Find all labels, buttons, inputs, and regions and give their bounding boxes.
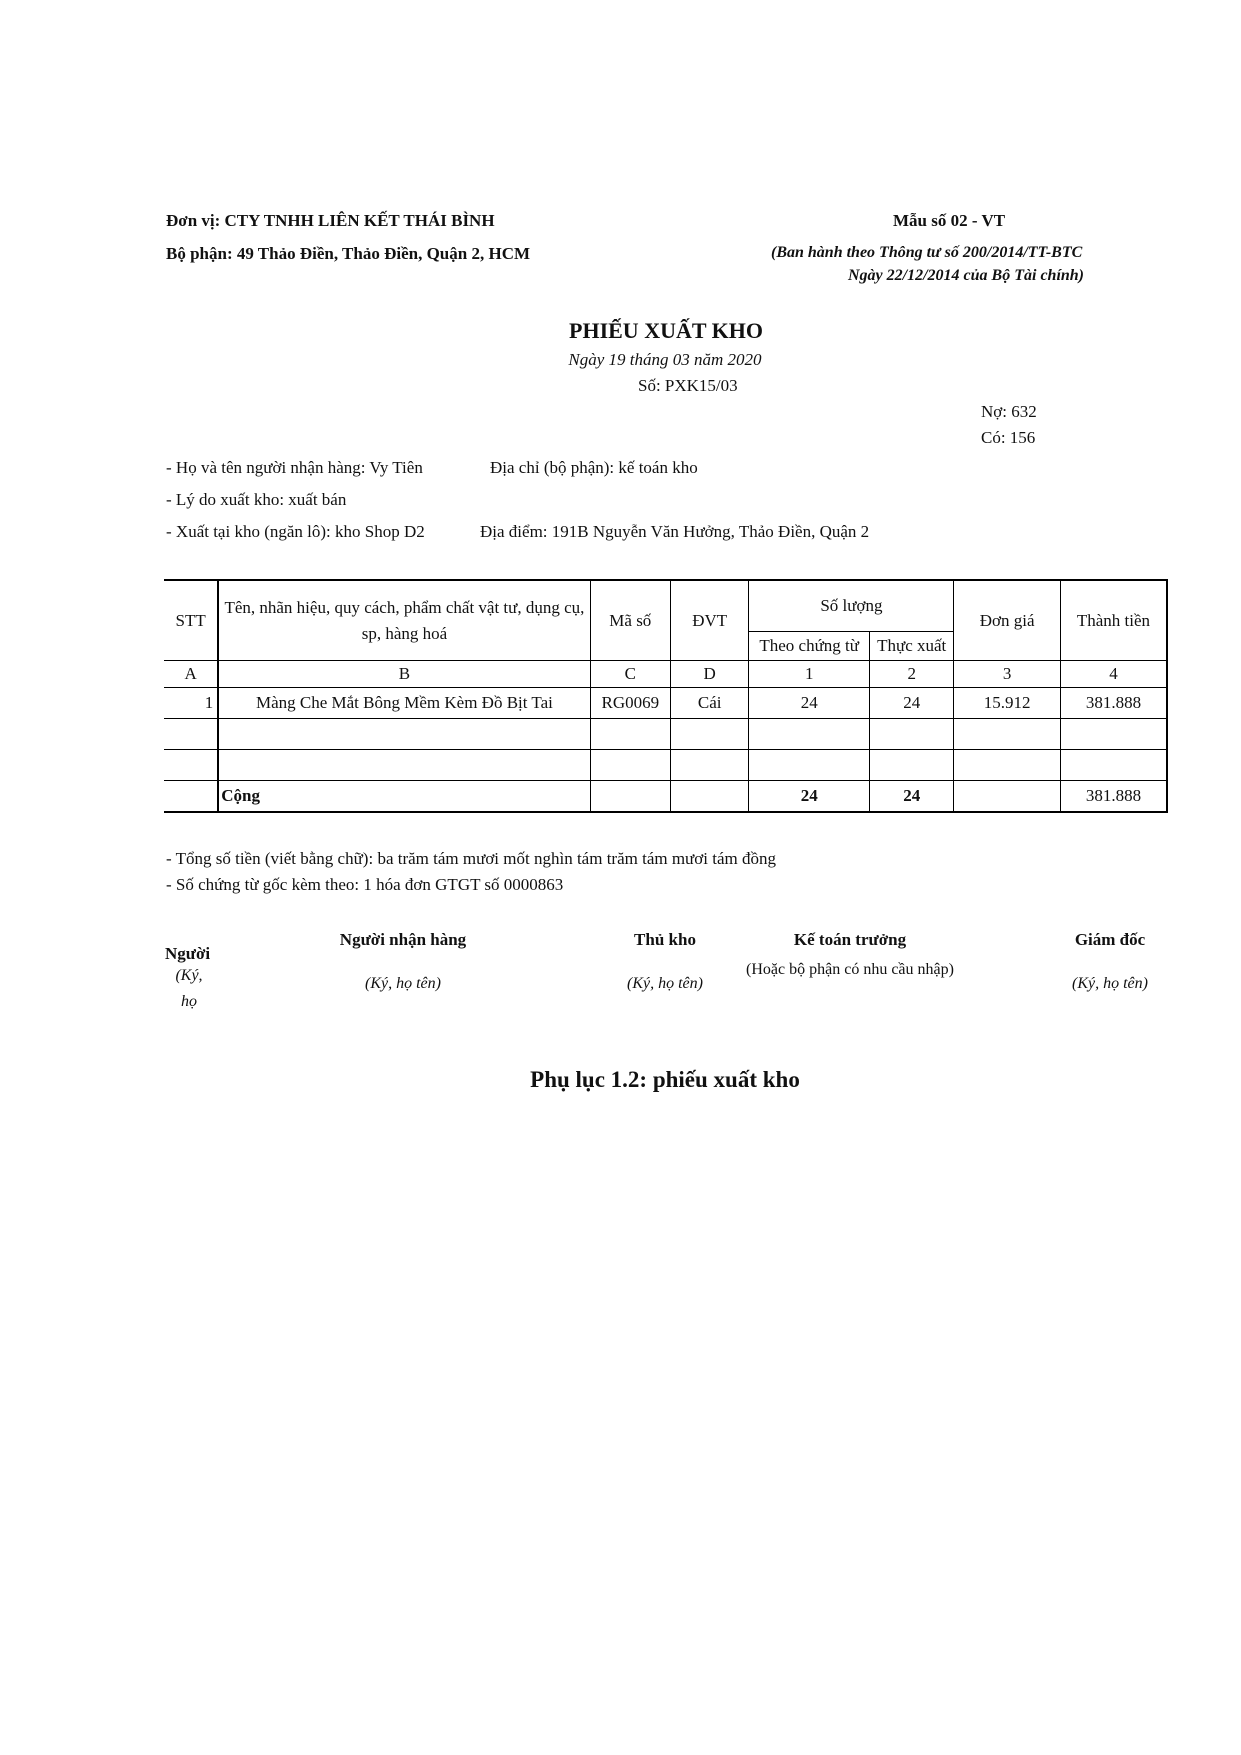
cell-amount: 381.888: [1060, 688, 1167, 719]
table-row: [164, 750, 1167, 781]
circular-reference-line1: (Ban hành theo Thông tư số 200/2014/TT-B…: [771, 244, 1082, 262]
signature-storekeeper-note: (Ký, họ tên): [600, 975, 730, 993]
cell-unit: [671, 750, 749, 781]
recipient-department: Địa chỉ (bộ phận): kế toán kho: [490, 458, 698, 478]
header-amount: Thành tiền: [1060, 580, 1167, 661]
signature-preparer-title: Người: [165, 944, 210, 964]
unit-name: Đơn vị: CTY TNHH LIÊN KẾT THÁI BÌNH: [166, 211, 495, 231]
signature-chief-accountant-note: (Hoặc bộ phận có nhu cầu nhập): [740, 957, 960, 983]
column-index: B: [218, 661, 590, 688]
signature-storekeeper-title: Thủ kho: [615, 930, 715, 950]
cell-code: [590, 719, 670, 750]
total-amount: 381.888: [1060, 781, 1167, 813]
cell-stt: 1: [164, 688, 218, 719]
department-address: Bộ phận: 49 Thảo Điền, Thảo Điền, Quận 2…: [166, 244, 530, 264]
cell-unit-price: 15.912: [954, 688, 1061, 719]
cell-item-name: [218, 750, 590, 781]
total-unit-price: [954, 781, 1061, 813]
cell-code: RG0069: [590, 688, 670, 719]
credit-account: Có: 156: [981, 428, 1035, 448]
header-item-name: Tên, nhãn hiệu, quy cách, phẩm chất vật …: [218, 580, 590, 661]
appendix-caption: Phụ lục 1.2: phiếu xuất kho: [0, 1067, 1241, 1093]
cell-qty-doc: 24: [749, 688, 870, 719]
cell-stt: [164, 750, 218, 781]
debit-account: Nợ: 632: [981, 402, 1037, 422]
cell-stt: [164, 781, 218, 813]
cell-unit-price: [954, 719, 1061, 750]
signature-recipient-note: (Ký, họ tên): [333, 975, 473, 993]
table-total-row: Cộng 24 24 381.888: [164, 781, 1167, 813]
cell-unit: [671, 719, 749, 750]
document-number: Số: PXK15/03: [638, 376, 738, 396]
document-title: PHIẾU XUẤT KHO: [0, 318, 1241, 344]
cell-stt: [164, 719, 218, 750]
header-stt: STT: [164, 580, 218, 661]
signature-chief-accountant-title: Kế toán trưởng: [740, 930, 960, 950]
column-index: 3: [954, 661, 1061, 688]
cell-qty-actual: [869, 750, 953, 781]
cell-qty-actual: 24: [869, 688, 953, 719]
column-index: 4: [1060, 661, 1167, 688]
cell-qty-doc: [749, 750, 870, 781]
column-index: D: [671, 661, 749, 688]
cell-qty-actual: [869, 719, 953, 750]
table-row: [164, 719, 1167, 750]
cell-code: [590, 750, 670, 781]
total-label: Cộng: [218, 781, 590, 813]
cell-code: [590, 781, 670, 813]
column-index: 1: [749, 661, 870, 688]
warehouse: - Xuất tại kho (ngăn lô): kho Shop D2: [166, 522, 425, 542]
original-documents: - Số chứng từ gốc kèm theo: 1 hóa đơn GT…: [166, 875, 563, 895]
column-index: C: [590, 661, 670, 688]
export-reason: - Lý do xuất kho: xuất bán: [166, 490, 346, 510]
table-header-row: STT Tên, nhãn hiệu, quy cách, phẩm chất …: [164, 580, 1167, 632]
warehouse-location: Địa điểm: 191B Nguyễn Văn Hưởng, Thảo Đi…: [480, 522, 869, 542]
items-table: STT Tên, nhãn hiệu, quy cách, phẩm chất …: [164, 579, 1168, 813]
circular-reference-line2: Ngày 22/12/2014 của Bộ Tài chính): [848, 267, 1084, 285]
column-index: 2: [869, 661, 953, 688]
cell-unit: Cái: [671, 688, 749, 719]
header-qty-by-document: Theo chứng từ: [749, 632, 870, 661]
cell-amount: [1060, 719, 1167, 750]
header-quantity: Số lượng: [749, 580, 954, 632]
cell-item-name: [218, 719, 590, 750]
form-code: Mẫu số 02 - VT: [893, 211, 1005, 231]
total-amount-in-words: - Tổng số tiền (viết bằng chữ): ba trăm …: [166, 849, 776, 869]
table-row: 1 Màng Che Mắt Bông Mềm Kèm Đồ Bịt Tai R…: [164, 688, 1167, 719]
cell-unit: [671, 781, 749, 813]
signature-preparer-note: (Ký, họ: [168, 963, 210, 1015]
cell-unit-price: [954, 750, 1061, 781]
header-code: Mã số: [590, 580, 670, 661]
signature-director-title: Giám đốc: [1060, 930, 1160, 950]
column-index: A: [164, 661, 218, 688]
document-date: Ngày 19 tháng 03 năm 2020: [0, 350, 1241, 370]
signature-recipient-title: Người nhận hàng: [333, 930, 473, 950]
header-unit-price: Đơn giá: [954, 580, 1061, 661]
total-qty-doc: 24: [749, 781, 870, 813]
cell-amount: [1060, 750, 1167, 781]
signature-director-note: (Ký, họ tên): [1050, 975, 1170, 993]
header-qty-actual: Thực xuất: [869, 632, 953, 661]
header-unit: ĐVT: [671, 580, 749, 661]
cell-item-name: Màng Che Mắt Bông Mềm Kèm Đồ Bịt Tai: [218, 688, 590, 719]
total-qty-actual: 24: [869, 781, 953, 813]
column-index-row: A B C D 1 2 3 4: [164, 661, 1167, 688]
cell-qty-doc: [749, 719, 870, 750]
recipient-name: - Họ và tên người nhận hàng: Vy Tiên: [166, 458, 423, 478]
